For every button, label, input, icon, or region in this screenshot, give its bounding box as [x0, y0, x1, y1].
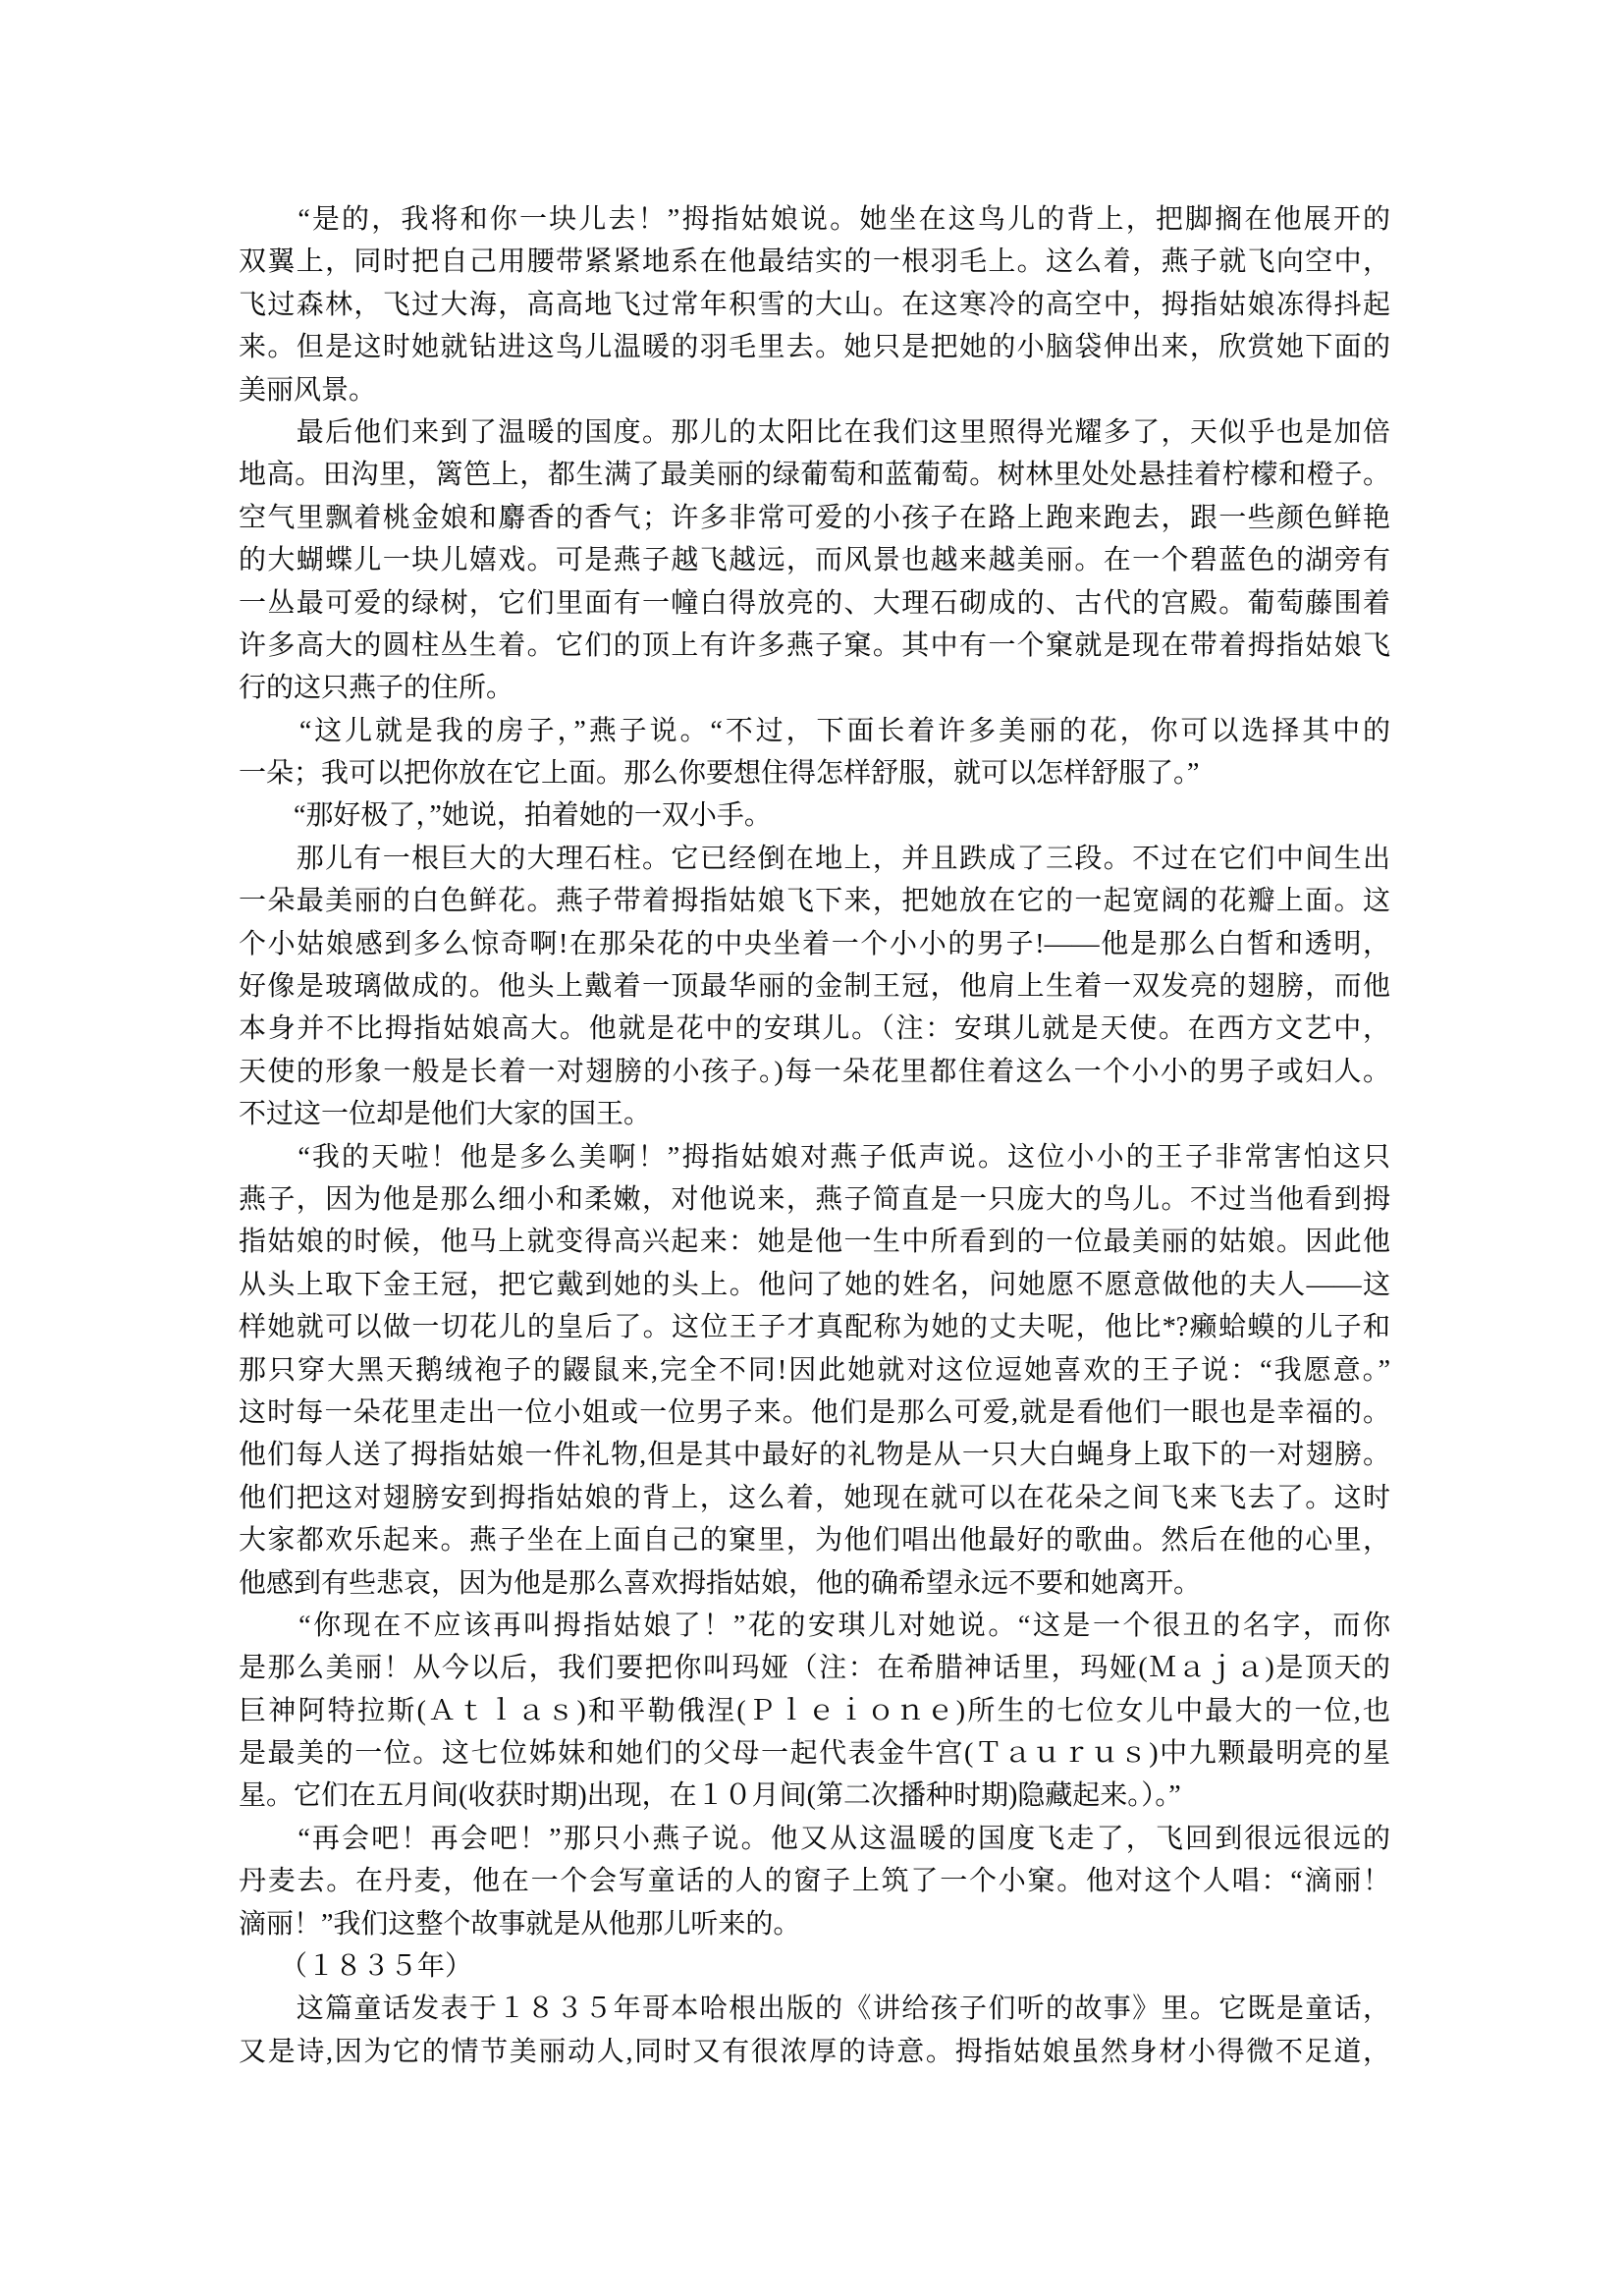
- text-line: 大家都欢乐起来。燕子坐在上面自己的窠里，为他们唱出他最好的歌曲。然后在他的心里，: [239, 1519, 1390, 1561]
- text-line: 他们每人送了拇指姑娘一件礼物,但是其中最好的礼物是从一只大白蝇身上取下的一对翅膀…: [239, 1434, 1390, 1476]
- text-line: 他感到有些悲哀，因为他是那么喜欢拇指姑娘，他的确希望永远不要和她离开。: [239, 1562, 1390, 1605]
- text-line: 燕子，因为他是那么细小和柔嫩，对他说来，燕子简直是一只庞大的鸟儿。不过当他看到拇: [239, 1178, 1390, 1221]
- text-line: 那只穿大黑天鹅绒袍子的鼹鼠来,完全不同!因此她就对这位逗她喜欢的王子说：“我愿意…: [239, 1349, 1390, 1392]
- text-line: 行的这只燕子的住所。: [239, 667, 1390, 709]
- text-line: 天使的形象一般是长着一对翅膀的小孩子。)每一朵花里都住着这么一个小小的男子或妇人…: [239, 1051, 1390, 1093]
- text-line: 滴丽！”我们这整个故事就是从他那儿听来的。: [239, 1903, 1390, 1945]
- text-line: 这篇童话发表于１８３５年哥本哈根出版的《讲给孩子们听的故事》里。它既是童话，: [239, 1988, 1390, 2030]
- text-line: 那儿有一根巨大的大理石柱。它已经倒在地上，并且跌成了三段。不过在它们中间生出: [239, 838, 1390, 880]
- text-line: 样她就可以做一切花儿的皇后了。这位王子才真配称为她的丈夫呢，他比*?癞蛤蟆的儿子…: [239, 1306, 1390, 1348]
- text-line: 这时每一朵花里走出一位小姐或一位男子来。他们是那么可爱,就是看他们一眼也是幸福的…: [239, 1392, 1390, 1434]
- text-line: “你现在不应该再叫拇指姑娘了！”花的安琪儿对她说。“这是一个很丑的名字，而你: [239, 1605, 1390, 1647]
- text-line: 指姑娘的时候，他马上就变得高兴起来：她是他一生中所看到的一位最美丽的姑娘。因此他: [239, 1221, 1390, 1263]
- text-line: 又是诗,因为它的情节美丽动人,同时又有很浓厚的诗意。拇指姑娘虽然身材小得微不足道…: [239, 2031, 1390, 2073]
- text-line: 本身并不比拇指姑娘高大。他就是花中的安琪儿。（注：安琪儿就是天使。在西方文艺中，: [239, 1008, 1390, 1050]
- text-line: 好像是玻璃做成的。他头上戴着一顶最华丽的金制王冠，他肩上生着一双发亮的翅膀，而他: [239, 965, 1390, 1008]
- text-line: “是的，我将和你一块儿去！”拇指姑娘说。她坐在这鸟儿的背上，把脚搁在他展开的: [239, 198, 1390, 241]
- text-line: 空气里飘着桃金娘和麝香的香气；许多非常可爱的小孩子在路上跑来跑去，跟一些颜色鲜艳: [239, 497, 1390, 539]
- text-line: 丹麦去。在丹麦，他在一个会写童话的人的窗子上筑了一个小窠。他对这个人唱：“滴丽！: [239, 1860, 1390, 1902]
- text-line: 个小姑娘感到多么惊奇啊!在那朵花的中央坐着一个小小的男子!——他是那么白皙和透明…: [239, 923, 1390, 965]
- text-line: 最后他们来到了温暖的国度。那儿的太阳比在我们这里照得光耀多了，天似乎也是加倍: [239, 411, 1390, 454]
- text-line: “那好极了，”她说，拍着她的一双小手。: [239, 794, 1390, 837]
- text-line: 美丽风景。: [239, 369, 1390, 411]
- text-column: “是的，我将和你一块儿去！”拇指姑娘说。她坐在这鸟儿的背上，把脚搁在他展开的双翼…: [239, 198, 1390, 2073]
- text-line: 是那么美丽！从今以后，我们要把你叫玛娅（注：在希腊神话里，玛娅(Ｍａｊａ)是顶天…: [239, 1647, 1390, 1689]
- text-line: 从头上取下金王冠，把它戴到她的头上。他问了她的姓名，问她愿不愿意做他的夫人——这: [239, 1264, 1390, 1306]
- text-line: 星。它们在五月间(收获时期)出现，在１０月间(第二次播种时期)隐藏起来。）。”: [239, 1775, 1390, 1817]
- text-line: 一朵最美丽的白色鲜花。燕子带着拇指姑娘飞下来，把她放在它的一起宽阔的花瓣上面。这: [239, 880, 1390, 922]
- text-line: （１８３５年）: [239, 1945, 1390, 1988]
- text-line: 是最美的一位。这七位姊妹和她们的父母一起代表金牛宫(Ｔａｕｒｕｓ)中九颗最明亮的…: [239, 1732, 1390, 1775]
- text-line: “再会吧！再会吧！”那只小燕子说。他又从这温暖的国度飞走了，飞回到很远很远的: [239, 1818, 1390, 1860]
- text-line: “我的天啦！他是多么美啊！”拇指姑娘对燕子低声说。这位小小的王子非常害怕这只: [239, 1136, 1390, 1178]
- text-line: 不过这一位却是他们大家的国王。: [239, 1093, 1390, 1135]
- text-line: 的大蝴蝶儿一块儿嬉戏。可是燕子越飞越远，而风景也越来越美丽。在一个碧蓝色的湖旁有: [239, 539, 1390, 581]
- text-line: 地高。田沟里，篱笆上，都生满了最美丽的绿葡萄和蓝葡萄。树林里处处悬挂着柠檬和橙子…: [239, 454, 1390, 496]
- document-page: “是的，我将和你一块儿去！”拇指姑娘说。她坐在这鸟儿的背上，把脚搁在他展开的双翼…: [0, 0, 1623, 2296]
- text-line: 一朵；我可以把你放在它上面。那么你要想住得怎样舒服，就可以怎样舒服了。”: [239, 752, 1390, 794]
- text-line: “这儿就是我的房子，”燕子说。“不过，下面长着许多美丽的花，你可以选择其中的: [239, 710, 1390, 752]
- text-line: 双翼上，同时把自己用腰带紧紧地系在他最结实的一根羽毛上。这么着，燕子就飞向空中，: [239, 241, 1390, 283]
- text-line: 飞过森林，飞过大海，高高地飞过常年积雪的大山。在这寒冷的高空中，拇指姑娘冻得抖起: [239, 284, 1390, 326]
- text-line: 许多高大的圆柱丛生着。它们的顶上有许多燕子窠。其中有一个窠就是现在带着拇指姑娘飞: [239, 625, 1390, 667]
- text-line: 一丛最可爱的绿树，它们里面有一幢白得放亮的、大理石砌成的、古代的宫殿。葡萄藤围着: [239, 582, 1390, 625]
- text-line: 巨神阿特拉斯(Ａｔｌａｓ)和平勒俄涅(Ｐｌｅｉｏｎｅ)所生的七位女儿中最大的一位…: [239, 1690, 1390, 1732]
- text-line: 来。但是这时她就钻进这鸟儿温暖的羽毛里去。她只是把她的小脑袋伸出来，欣赏她下面的: [239, 326, 1390, 368]
- text-line: 他们把这对翅膀安到拇指姑娘的背上，这么着，她现在就可以在花朵之间飞来飞去了。这时: [239, 1477, 1390, 1519]
